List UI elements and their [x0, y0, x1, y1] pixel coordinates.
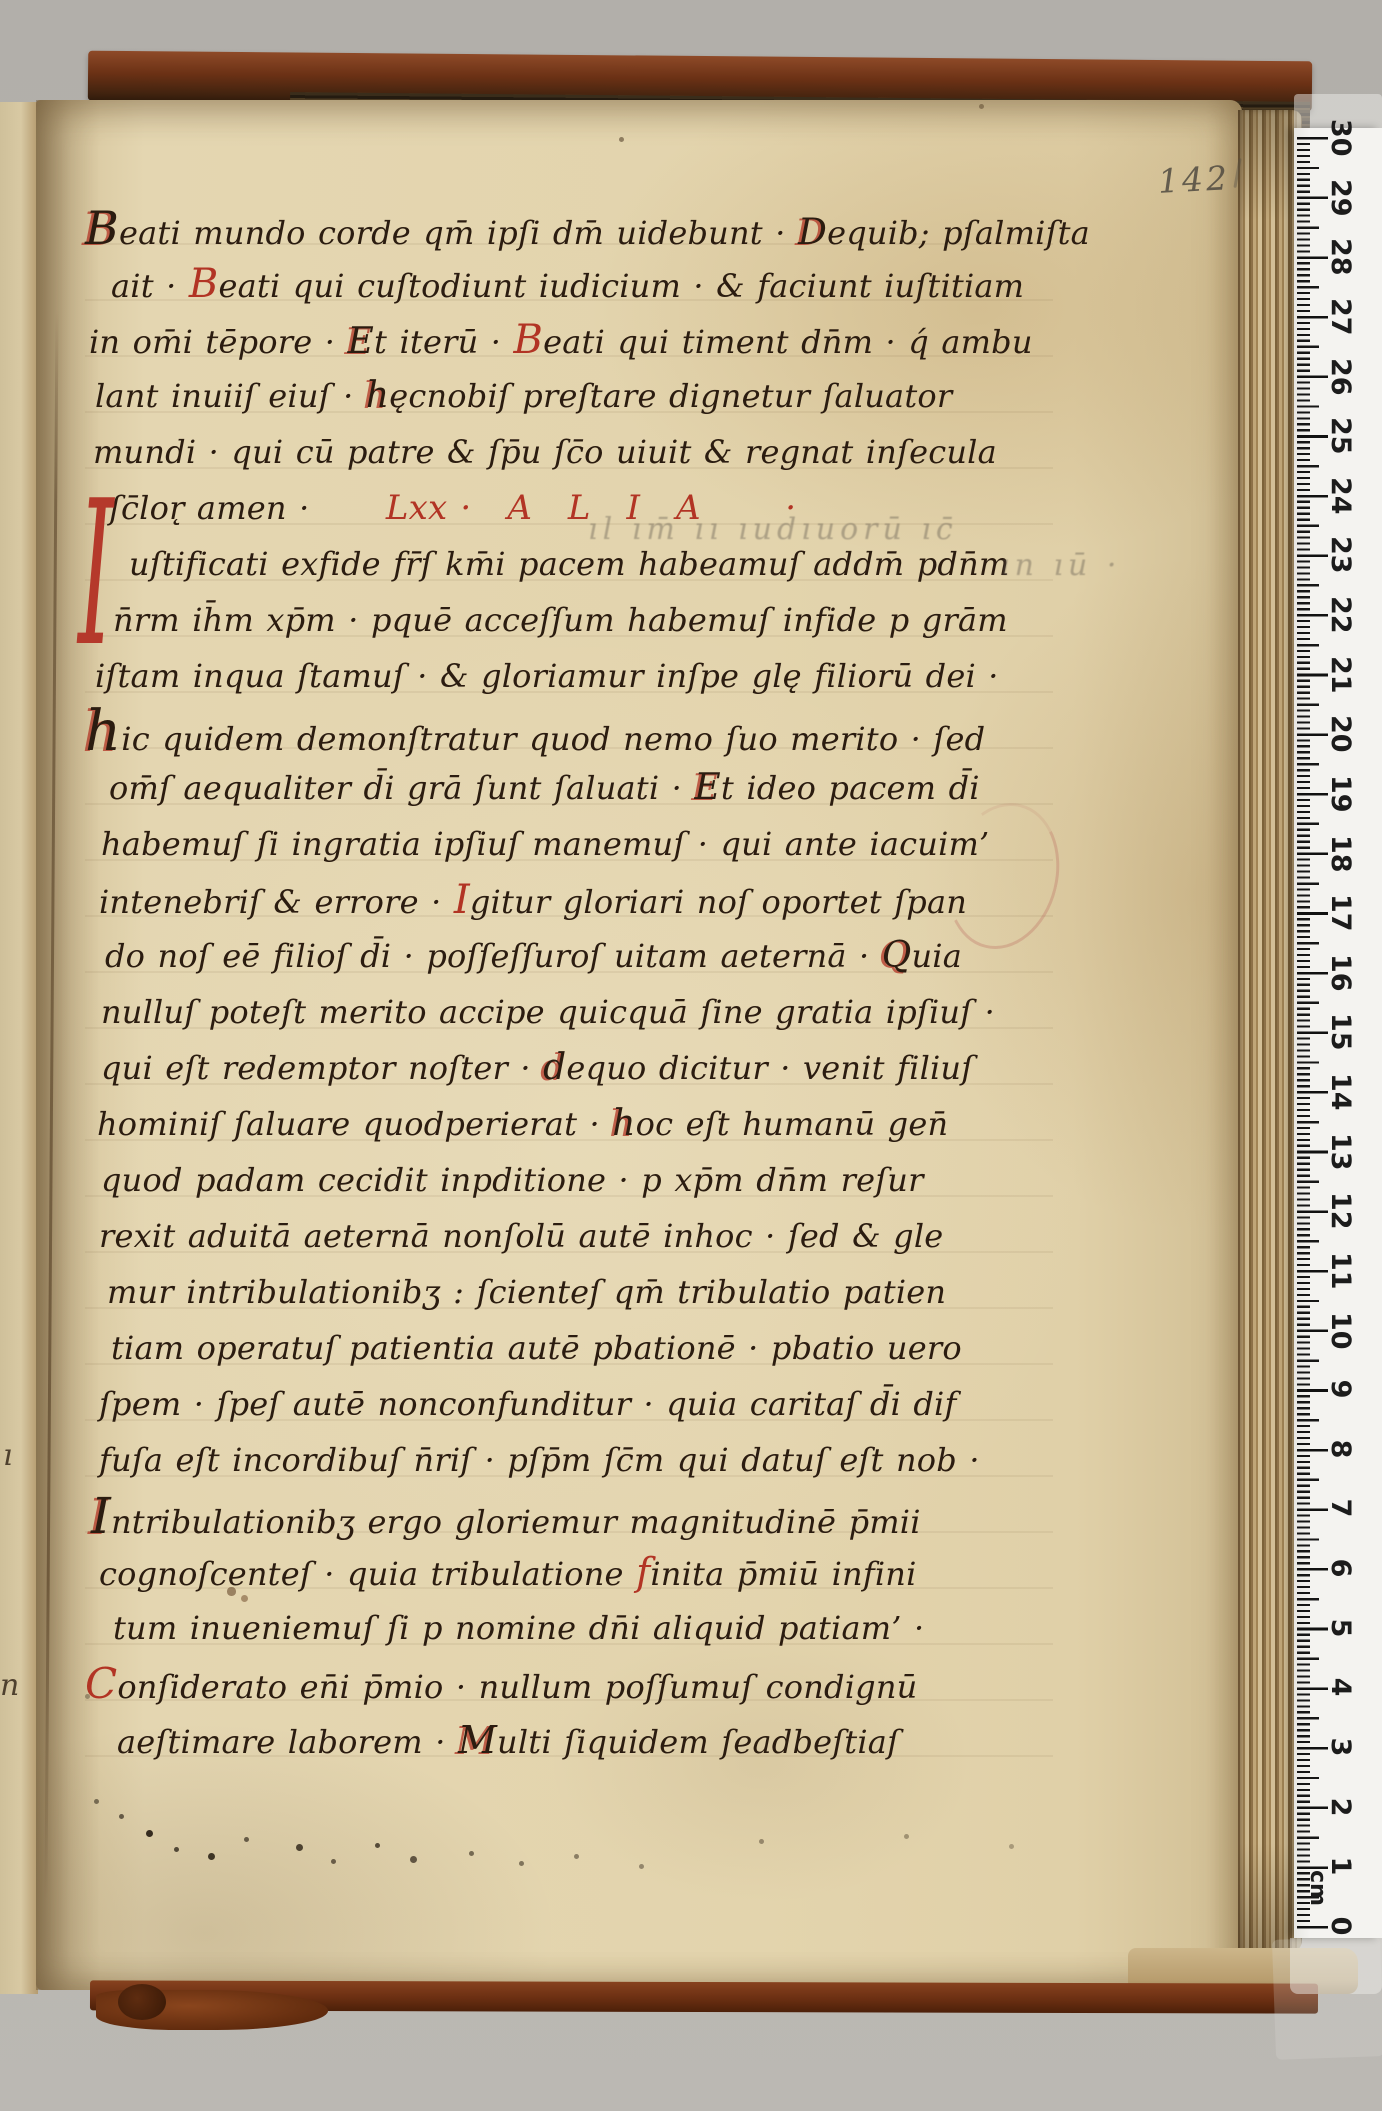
- text-line: Beati mundo corde qm̄ ipſi dm̄ uidebunt …: [85, 200, 1053, 256]
- ruler-number: 9: [1328, 1371, 1356, 1407]
- text-line: ait · Beati qui cuſtodiunt iudicium · & …: [85, 256, 1053, 312]
- text-line: in om̄i tēpore · Et iterū · Beati qui ti…: [85, 312, 1053, 368]
- manuscript-word: aeſtimare laborem ·: [117, 1723, 458, 1761]
- text-line: mur intribulationibʒ : ſcienteſ qm̄ trib…: [85, 1264, 1053, 1320]
- text-line: ſpem · ſpeſ autē nonconfunditur · quia c…: [85, 1376, 1053, 1432]
- facing-page-text-fragment: ı: [3, 1438, 13, 1473]
- manuscript-word: intenebriſ & errore ·: [99, 883, 454, 921]
- manuscript-word: oc eſt humanū gen̄: [636, 1105, 949, 1143]
- text-line: nulluſ poteſt merito accipe quicquā ſine…: [85, 984, 1053, 1040]
- manuscript-word: t ideo pacem d̄i: [721, 769, 980, 807]
- text-line: intenebriſ & errore · Igitur gloriari no…: [85, 872, 1053, 928]
- ruler-number: 3: [1328, 1729, 1356, 1765]
- ink-specks: [0, 0, 3, 3]
- folio-number: 142: [1157, 158, 1231, 201]
- text-line: tum inueniemuſ ſi p nomine dn̄i aliquid …: [85, 1600, 1053, 1656]
- ruler-number: 24: [1328, 477, 1356, 513]
- manuscript-word: E: [348, 321, 374, 362]
- manuscript-word: M: [458, 1718, 497, 1762]
- text-line: hic quidem demonſtratur quod nemo ſuo me…: [85, 704, 1053, 760]
- ruler-number: 26: [1328, 358, 1356, 394]
- ruler-number: 10: [1328, 1312, 1356, 1348]
- ruler-number: 28: [1328, 238, 1356, 274]
- manuscript-word: ſc̄lor̨ amen ·: [109, 489, 322, 527]
- manuscript-word: qui eſt redemptor noſter ·: [101, 1049, 543, 1087]
- manuscript-word: ic quidem demonſtratur quod nemo ſuo mer…: [121, 720, 985, 758]
- facing-page-text-fragment: n: [0, 1668, 19, 1703]
- rubric-text: C: [85, 1659, 117, 1708]
- manuscript-word: eati qui timent dn̄m · q́ ambu: [543, 323, 1033, 361]
- ruler-number: 12: [1328, 1192, 1356, 1228]
- ruler-number: 20: [1328, 715, 1356, 751]
- ruler-numbers: 3029282726252423222120191817161514131211…: [1294, 128, 1382, 1938]
- manuscript-word: equib; pſalmiſta: [827, 214, 1090, 252]
- ruler-number: 13: [1328, 1133, 1356, 1169]
- text-line: tiam operatuſ patientia autē pbationē · …: [85, 1320, 1053, 1376]
- ruler-number: 0: [1328, 1908, 1356, 1944]
- manuscript-word: uia: [912, 937, 963, 975]
- text-line: iſtam inqua ſtamuſ · & gloriamur inſpe g…: [85, 648, 1053, 704]
- ruler-number: 5: [1328, 1610, 1356, 1646]
- manuscript-word: B: [85, 201, 119, 255]
- manuscript-word: gitur gloriari noſ oportet ſpan: [470, 883, 967, 921]
- text-line: Conſiderato en̄i p̄mio · nullum poſſumuſ…: [85, 1656, 1053, 1712]
- manuscript-word: do noſ eē filioſ d̄i · poſſeſſuroſ uitam…: [105, 937, 882, 975]
- ruler-number: 21: [1328, 656, 1356, 692]
- manuscript-word: d: [543, 1047, 566, 1088]
- ruler-number: 29: [1328, 179, 1356, 215]
- text-line: hominiſ ſaluare quodperierat · hoc eſt h…: [85, 1096, 1053, 1152]
- rubric-text: B: [189, 261, 219, 307]
- ruler-unit-label: cm: [1306, 1870, 1330, 1906]
- text-line: Intribulationibʒ ergo gloriemur magnitud…: [85, 1488, 1053, 1544]
- ruler-number: 16: [1328, 954, 1356, 990]
- cover-knob: [118, 1984, 166, 2020]
- text-line: do noſ eē filioſ d̄i · poſſeſſuroſ uitam…: [85, 928, 1053, 984]
- manuscript-word: t iterū ·: [374, 323, 513, 361]
- ruler-number: 11: [1328, 1252, 1356, 1288]
- rubric-text: f: [636, 1550, 650, 1594]
- ghost-show-through-text: ıl ım̄ ıı ıudıuorū ıc̄: [588, 512, 958, 547]
- ghost-show-through-text: ın ıū ·: [1000, 548, 1121, 583]
- ruler-number: 17: [1328, 894, 1356, 930]
- manuscript-word: I: [91, 1487, 111, 1545]
- manuscript-word: D: [798, 212, 827, 253]
- manuscript-word: onſiderato en̄i p̄mio · nullum poſſumuſ …: [117, 1668, 917, 1706]
- manuscript-word: ulti ſiquidem ſeadbeſtiaſ: [497, 1723, 899, 1761]
- text-line: aeſtimare laborem · Multi ſiquidem ſeadb…: [85, 1712, 1053, 1768]
- manuscript-word: ęcnobiſ preſtare dignetur ſaluator: [389, 377, 952, 415]
- text-line: mundi · qui cū patre & ſp̄u ſc̄o uiuit &…: [85, 424, 1053, 480]
- photo-background: ı n 142 Beati mundo corde qm̄ ipſi dm̄ u…: [0, 0, 1382, 2111]
- ruler-number: 22: [1328, 596, 1356, 632]
- margin-initial-i: I: [78, 475, 114, 675]
- text-line: cognoſcenteſ · quia tribulatione finita …: [85, 1544, 1053, 1600]
- manuscript-word: ntribulationibʒ ergo gloriemur magnitudi…: [111, 1503, 921, 1541]
- manuscript-word: nulluſ poteſt merito accipe quicquā ſine…: [101, 993, 995, 1031]
- ruler-number: 2: [1328, 1789, 1356, 1825]
- text-line: lant inuiiſ eiuſ · hęcnobiſ preſtare dig…: [85, 368, 1053, 424]
- manuscript-word: equo dicitur · venit filiuſ: [566, 1049, 973, 1087]
- text-line: habemuſ ſi ingratia ipſiuſ manemuſ · qui…: [85, 816, 1053, 872]
- manuscript-word: om̄ſ aequaliter d̄i grā ſunt ſaluati ·: [109, 769, 694, 807]
- ruler-number: 8: [1328, 1431, 1356, 1467]
- manuscript-text: Beati mundo corde qm̄ ipſi dm̄ uidebunt …: [85, 200, 1053, 1780]
- manuscript-word: hominiſ ſaluare quodperierat ·: [97, 1105, 612, 1143]
- ruler-number: 23: [1328, 536, 1356, 572]
- ruler-number: 27: [1328, 298, 1356, 334]
- manuscript-word: in om̄i tēpore ·: [89, 323, 348, 361]
- ruler-number: 7: [1328, 1490, 1356, 1526]
- ruler-tab-bottom: [1290, 1938, 1382, 1994]
- text-line: rexit aduitā aeternā nonſolū autē inhoc …: [85, 1208, 1053, 1264]
- manuscript-word: h: [612, 1103, 635, 1144]
- manuscript-word: tiam operatuſ patientia autē pbationē · …: [111, 1329, 962, 1367]
- manuscript-word: quod padam cecidit inpditione · p xp̄m d…: [101, 1161, 924, 1199]
- manuscript-word: eati qui cuſtodiunt iudicium · & faciunt…: [219, 267, 1025, 305]
- ruler-number: 6: [1328, 1550, 1356, 1586]
- manuscript-word: fuſa eſt incordibuſ n̄riſ · pſp̄m ſc̄m q…: [99, 1441, 980, 1479]
- manuscript-word: iſtam inqua ſtamuſ · & gloriamur inſpe g…: [95, 657, 999, 695]
- rubric-text: B: [514, 317, 544, 363]
- fore-edge-leaves: [1238, 110, 1302, 1954]
- manuscript-word: lant inuiiſ eiuſ ·: [95, 377, 366, 415]
- manuscript-word: ait ·: [111, 267, 189, 305]
- manuscript-word: Q: [882, 935, 912, 976]
- ruler-number: 1: [1328, 1848, 1356, 1884]
- manuscript-word: E: [694, 767, 720, 808]
- ruler-number: 14: [1328, 1073, 1356, 1109]
- ruler-number: 18: [1328, 835, 1356, 871]
- manuscript-word: rexit aduitā aeternā nonſolū autē inhoc …: [99, 1217, 943, 1255]
- text-line: qui eſt redemptor noſter · dequo dicitur…: [85, 1040, 1053, 1096]
- manuscript-word: inita p̄miū infini: [650, 1555, 916, 1593]
- rubric-text: Lxx ·: [386, 488, 472, 528]
- manuscript-word: habemuſ ſi ingratia ipſiuſ manemuſ · qui…: [101, 825, 989, 863]
- manuscript-word: eati mundo corde qm̄ ipſi dm̄ uidebunt ·: [119, 214, 798, 252]
- ruler-number: 30: [1328, 119, 1356, 155]
- manuscript-word: cognoſcenteſ · quia tribulatione: [99, 1555, 636, 1593]
- ruler-number: 25: [1328, 417, 1356, 453]
- manuscript-word: tum inueniemuſ ſi p nomine dn̄i aliquid …: [113, 1609, 924, 1647]
- manuscript-word: mundi · qui cū patre & ſp̄u ſc̄o uiuit &…: [93, 433, 997, 471]
- ruler-number: 15: [1328, 1013, 1356, 1049]
- manuscript-word: h: [85, 699, 121, 764]
- ruler-number: 4: [1328, 1669, 1356, 1705]
- ruler-number: 19: [1328, 775, 1356, 811]
- text-line: n̄rm ih̄m xp̄m · pquē acceſſum habemuſ i…: [85, 592, 1053, 648]
- text-line: quod padam cecidit inpditione · p xp̄m d…: [85, 1152, 1053, 1208]
- facing-page-edge: ı n: [0, 102, 38, 1994]
- manuscript-word: ſpem · ſpeſ autē nonconfunditur · quia c…: [99, 1385, 957, 1423]
- rubric-text: I: [454, 877, 470, 923]
- manuscript-word: uſtificati exfide fr̄ſ km̄i pacem habeam…: [129, 545, 1009, 583]
- ruler: 3029282726252423222120191817161514131211…: [1294, 128, 1382, 1938]
- text-line: fuſa eſt incordibuſ n̄riſ · pſp̄m ſc̄m q…: [85, 1432, 1053, 1488]
- manuscript-word: n̄rm ih̄m xp̄m · pquē acceſſum habemuſ i…: [113, 601, 1008, 639]
- text-line: om̄ſ aequaliter d̄i grā ſunt ſaluati · E…: [85, 760, 1053, 816]
- manuscript-word: h: [366, 375, 389, 416]
- manuscript-word: mur intribulationibʒ : ſcienteſ qm̄ trib…: [107, 1273, 946, 1311]
